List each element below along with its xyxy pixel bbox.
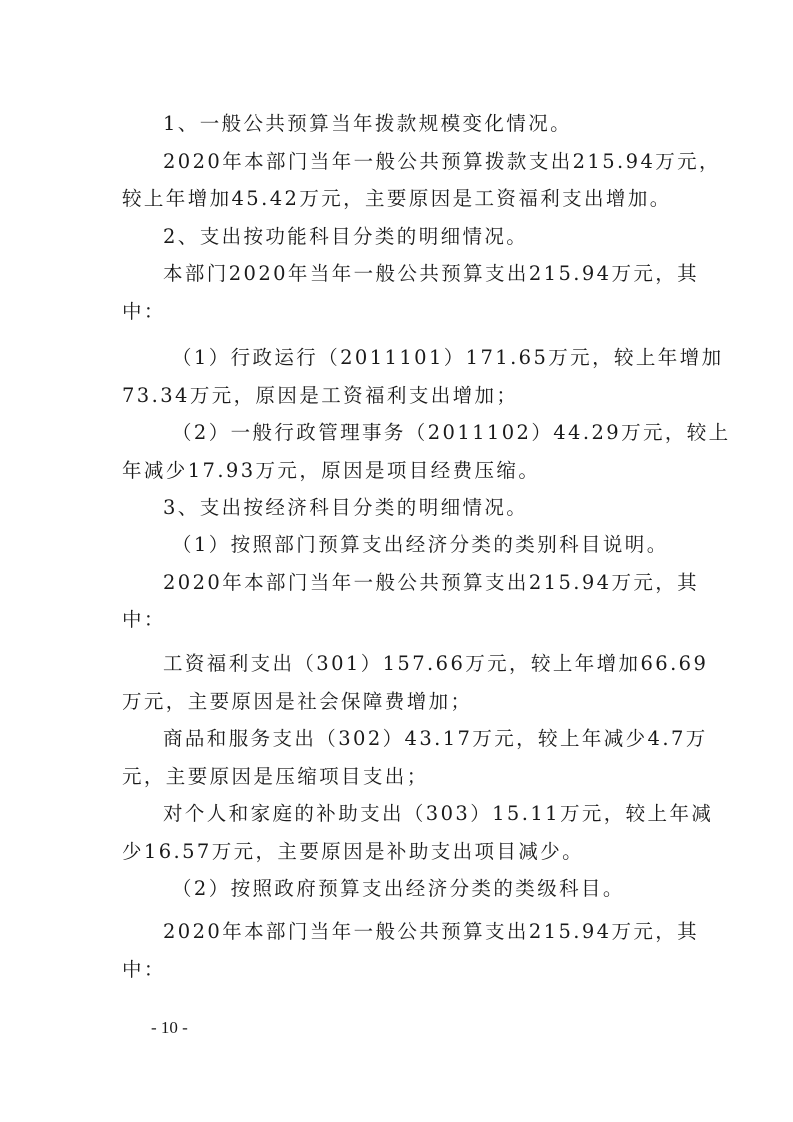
- paragraph-line: 2020年本部门当年一般公共预算支出215.94万元，其: [163, 920, 723, 944]
- paragraph-line: 较上年增加45.42万元，主要原因是工资福利支出增加。: [122, 187, 682, 211]
- list-item-goods-services: 商品和服务支出（302）43.17万元，较上年减少4.7万: [163, 727, 723, 751]
- paragraph-line: 2020年本部门当年一般公共预算支出215.94万元，其: [163, 571, 723, 595]
- heading-3-economic-classification: 3、支出按经济科目分类的明细情况。: [163, 496, 723, 520]
- paragraph-line: 中：: [122, 608, 682, 632]
- paragraph-line: 73.34万元，原因是工资福利支出增加；: [122, 384, 682, 408]
- paragraph-line: 中：: [122, 300, 682, 324]
- subheading-government-budget-categories: （2）按照政府预算支出经济分类的类级科目。: [172, 877, 732, 901]
- paragraph-line: 本部门2020年当年一般公共预算支出215.94万元，其: [163, 262, 723, 286]
- list-item-administrative-operation: （1）行政运行（2011101）171.65万元，较上年增加: [172, 346, 732, 370]
- subheading-department-budget-categories: （1）按照部门预算支出经济分类的类别科目说明。: [172, 533, 732, 557]
- paragraph-line: 2020年本部门当年一般公共预算拨款支出215.94万元，: [163, 150, 723, 174]
- paragraph-line: 万元，主要原因是社会保障费增加；: [122, 690, 682, 714]
- document-page: 1、一般公共预算当年拨款规模变化情况。 2020年本部门当年一般公共预算拨款支出…: [0, 0, 793, 1122]
- list-item-general-admin-affairs: （2）一般行政管理事务（2011102）44.29万元，较上: [172, 421, 732, 445]
- list-item-subsidies-individuals: 对个人和家庭的补助支出（303）15.11万元，较上年减: [163, 802, 723, 826]
- paragraph-line: 少16.57万元，主要原因是补助支出项目减少。: [122, 840, 682, 864]
- list-item-wages-welfare: 工资福利支出（301）157.66万元，较上年增加66.69: [163, 652, 723, 676]
- paragraph-line: 年减少17.93万元，原因是项目经费压缩。: [122, 459, 682, 483]
- heading-1-appropriation-change: 1、一般公共预算当年拨款规模变化情况。: [163, 112, 723, 136]
- paragraph-line: 中：: [122, 958, 682, 982]
- page-number: - 10 -: [151, 1018, 188, 1038]
- heading-2-functional-classification: 2、支出按功能科目分类的明细情况。: [163, 225, 723, 249]
- paragraph-line: 元，主要原因是压缩项目支出；: [122, 765, 682, 789]
